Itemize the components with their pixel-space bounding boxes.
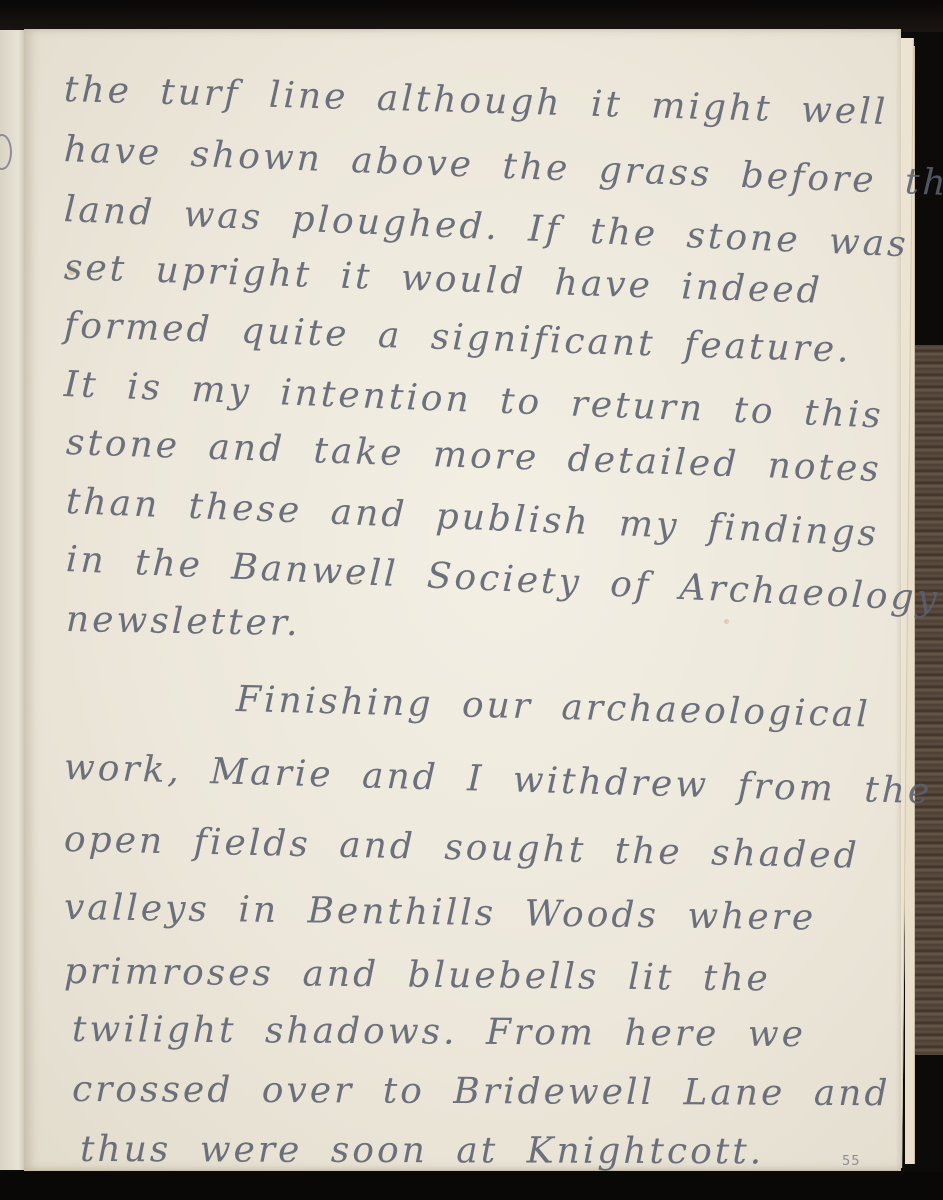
handwritten-line: primroses and bluebells lit the (64, 951, 771, 999)
facing-left-page (0, 30, 27, 1170)
foxing-spot (724, 619, 729, 624)
ink-loop-mark (0, 134, 12, 170)
handwritten-line: Finishing our archaeological (235, 679, 871, 735)
page-number: 55 (842, 1154, 861, 1169)
notebook-page: the turf line although it might well hav… (24, 29, 901, 1171)
handwritten-line: formed quite a significant feature. (63, 305, 852, 371)
handwritten-line: work, Marie and I withdrew from the (63, 747, 932, 812)
handwritten-line: the turf line although it might well (63, 69, 888, 133)
handwritten-line: open fields and sought the shaded (64, 819, 860, 877)
handwritten-line: valleys in Benthills Woods where (64, 887, 817, 938)
handwritten-line: newsletter. (66, 599, 301, 644)
handwritten-line: stone and take more detailed notes (65, 422, 882, 490)
handwritten-line: thus were soon at Knightcott. (80, 1129, 764, 1172)
handwritten-line: twilight shadows. From here we (72, 1009, 806, 1055)
background-top-shadow (0, 0, 943, 32)
handwritten-line: crossed over to Bridewell Lane and (72, 1069, 891, 1114)
background-bottom-shadow (0, 1172, 943, 1200)
